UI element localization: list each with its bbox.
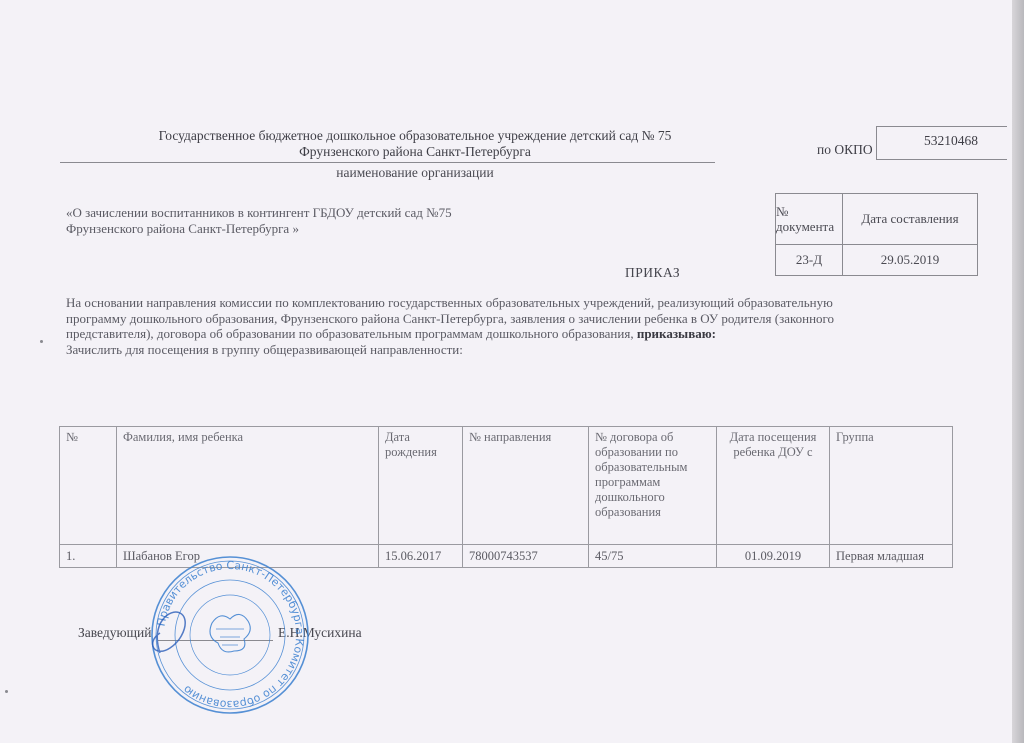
header-attendance-date: Дата посещения ребенка ДОУ с — [717, 427, 830, 545]
organization-caption: наименование организации — [110, 165, 720, 181]
cell-group: Первая младшая — [830, 545, 953, 568]
cell-attendance-date: 01.09.2019 — [717, 545, 830, 568]
cell-number: 1. — [60, 545, 117, 568]
header-contract-number: № договора об образовании по образовател… — [589, 427, 717, 545]
organization-name: Государственное бюджетное дошкольное обр… — [110, 128, 720, 160]
okpo-value: 53210468 — [876, 133, 1024, 149]
document-date-value: 29.05.2019 — [843, 245, 978, 276]
document-info-table: № документа Дата составления 23-Д 29.05.… — [775, 193, 978, 276]
body-line-2: программу дошкольного образования, Фрунз… — [66, 311, 966, 327]
header-child-name: Фамилия, имя ребенка — [117, 427, 379, 545]
organization-line-2: Фрунзенского района Санкт-Петербурга — [110, 144, 720, 160]
cell-referral-number: 78000743537 — [463, 545, 589, 568]
document-number-header: № документа — [776, 194, 843, 245]
scan-edge — [1012, 0, 1024, 743]
order-verb: приказываю: — [637, 326, 716, 341]
svg-text:Правительство Санкт-Петербурга: Правительство Санкт-Петербурга Комитет п… — [155, 559, 307, 711]
scan-speck — [40, 340, 43, 343]
subject-line-2: Фрунзенского района Санкт-Петербурга » — [66, 221, 466, 237]
cell-contract-number: 45/75 — [589, 545, 717, 568]
organization-line-1: Государственное бюджетное дошкольное обр… — [110, 128, 720, 144]
okpo-label: по ОКПО — [817, 142, 873, 158]
header-birth-date: Дата рождения — [379, 427, 463, 545]
body-line-3: представителя), договора об образовании … — [66, 326, 966, 342]
document-number-value: 23-Д — [776, 245, 843, 276]
subject-line-1: «О зачислении воспитанников в контингент… — [66, 205, 466, 221]
header-number: № — [60, 427, 117, 545]
signature-position: Заведующий — [78, 625, 151, 641]
table-header-row: № Фамилия, имя ребенка Дата рождения № н… — [60, 427, 953, 545]
document-date-header: Дата составления — [843, 194, 978, 245]
document-title: ПРИКАЗ — [625, 265, 680, 281]
header-group: Группа — [830, 427, 953, 545]
body-line-1: На основании направления комиссии по ком… — [66, 295, 966, 311]
order-body: На основании направления комиссии по ком… — [66, 295, 966, 357]
cell-birth-date: 15.06.2017 — [379, 545, 463, 568]
scan-speck — [5, 690, 8, 693]
order-subject: «О зачислении воспитанников в контингент… — [66, 205, 466, 237]
enrollment-table: № Фамилия, имя ребенка Дата рождения № н… — [59, 426, 953, 568]
official-stamp-icon: Правительство Санкт-Петербурга Комитет п… — [150, 553, 310, 718]
organization-underline — [60, 162, 715, 163]
header-referral-number: № направления — [463, 427, 589, 545]
body-line-4: Зачислить для посещения в группу общераз… — [66, 342, 966, 358]
